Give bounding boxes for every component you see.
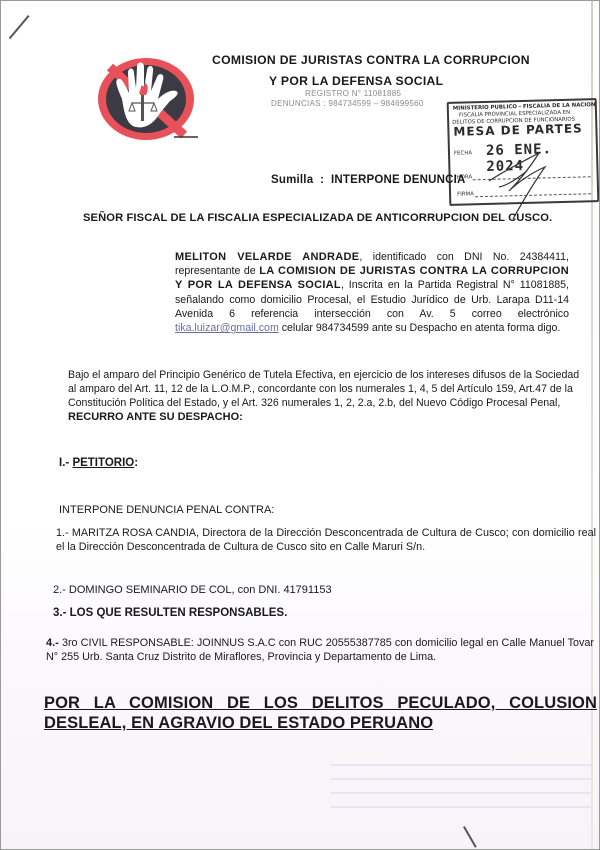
respondent-text: 3ro CIVIL RESPONSABLE: JOINNUS S.A.C con…	[46, 637, 594, 663]
petitorio-number: I.-	[59, 457, 69, 469]
pen-mark	[9, 15, 30, 39]
respondent-number: 3.-	[53, 607, 66, 619]
addressee: SEÑOR FISCAL DE LA FISCALIA ESPECIALIZAD…	[83, 212, 552, 224]
sumilla: Sumilla : INTERPONE DENUNCIA	[271, 174, 466, 186]
respondent-text: LOS QUE RESULTEN RESPONSABLES.	[70, 607, 288, 619]
respondent-text: DOMINGO SEMINARIO DE COL, con DNI. 41791…	[69, 584, 332, 596]
document-page: COMISION DE JURISTAS CONTRA LA CORRUPCIO…	[0, 0, 600, 850]
legal-basis-text: Bajo el amparo del Principio Genérico de…	[68, 369, 579, 409]
denuncias-phones: DENUNCIAS : 984734599 – 984699560	[271, 99, 424, 108]
stamp-firma-label: FIRMA	[457, 191, 474, 197]
intro-paragraph: MELITON VELARDE ANDRADE, identificado co…	[175, 250, 569, 335]
petitorio-title: PETITORIO	[72, 457, 134, 469]
denuncia-lead: INTERPONE DENUNCIA PENAL CONTRA:	[59, 504, 274, 516]
crime-line-1: POR LA COMISION DE LOS DELITOS PECULADO,…	[44, 693, 597, 713]
bleed-through-text	[331, 756, 591, 826]
sumilla-label: Sumilla	[271, 174, 313, 186]
sumilla-value: INTERPONE DENUNCIA	[331, 174, 466, 186]
registry-number: REGISTRO N° 11081885	[305, 89, 401, 98]
intro-text-3: celular 984734599 ante su Despacho en at…	[279, 322, 561, 334]
crime-line-2: DESLEAL, EN AGRAVIO DEL ESTADO PERUANO	[44, 714, 433, 732]
respondent-item: 3.- LOS QUE RESULTEN RESPONSABLES.	[53, 607, 287, 619]
org-title: COMISION DE JURISTAS CONTRA LA CORRUPCIO…	[212, 53, 530, 67]
signature-icon	[479, 151, 559, 221]
org-subtitle: Y POR LA DEFENSA SOCIAL	[269, 74, 443, 88]
legal-basis-paragraph: Bajo el amparo del Principio Genérico de…	[68, 368, 588, 424]
respondent-item: 2.- DOMINGO SEMINARIO DE COL, con DNI. 4…	[53, 584, 332, 596]
respondent-item: 4.- 3ro CIVIL RESPONSABLE: JOINNUS S.A.C…	[46, 636, 594, 664]
sumilla-separator: :	[317, 174, 328, 186]
stamp-fecha-label: FECHA	[454, 150, 472, 156]
respondent-number: 2.-	[53, 584, 66, 596]
petitorio-heading: I.- PETITORIO:	[59, 457, 138, 469]
pen-mark	[463, 826, 477, 848]
stamp-title: MESA DE PARTES	[453, 121, 583, 138]
stop-hand-logo-icon	[96, 55, 200, 147]
respondent-number: 1.-	[56, 527, 69, 539]
petitorio-colon: :	[134, 457, 138, 469]
legal-basis-bold: RECURRO ANTE SU DESPACHO:	[68, 411, 243, 423]
respondent-text: MARITZA ROSA CANDIA, Directora de la Dir…	[56, 527, 596, 553]
crime-statement: POR LA COMISION DE LOS DELITOS PECULADO,…	[44, 693, 597, 733]
complainant-name: MELITON VELARDE ANDRADE	[175, 251, 359, 263]
email-link[interactable]: tika.luizar@gmail.com	[175, 322, 279, 334]
respondent-number: 4.-	[46, 637, 59, 649]
respondent-item: 1.- MARITZA ROSA CANDIA, Directora de la…	[56, 527, 596, 554]
